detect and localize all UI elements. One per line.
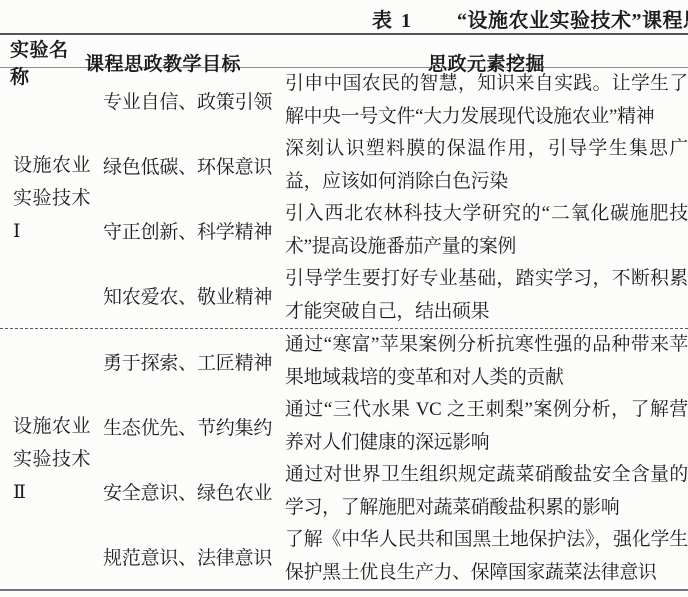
section-experiment-1: 设施农业 实验技术 Ⅰ 专业自信、政策引领 引申中国农民的智慧，知识来自实践。让… <box>0 68 688 329</box>
goal-cell: 绿色低碳、环保意识 <box>103 152 285 179</box>
experiment-name-line: Ⅱ <box>13 476 103 509</box>
header-experiment-name: 实验名称 <box>10 35 85 89</box>
table-bottom-rule <box>0 589 688 591</box>
table-number: 表 1 <box>372 4 413 33</box>
experiment-name-line: 设施农业 <box>13 149 103 182</box>
table-title: “设施农业实验技术”课程思 <box>457 4 688 33</box>
table-header-row: 实验名称 课程思政教学目标 思政元素挖掘 <box>0 35 688 68</box>
mining-cell: 引申中国农民的智慧，知识来自实践。让学生了解中央一号文件“大力发展现代设施农业”… <box>285 68 688 133</box>
section-experiment-2: 设施农业 实验技术 Ⅱ 勇于探索、工匠精神 通过“寒富”苹果案例分析抗寒性强的品… <box>0 329 688 589</box>
mining-cell: 了解《中华人民共和国黑土地保护法》，强化学生保护黑土优良生产力、保障国家蔬菜法律… <box>285 524 688 589</box>
experiment-name-line: 设施农业 <box>13 410 103 443</box>
goal-cell: 知农爱农、敬业精神 <box>103 282 285 309</box>
experiment-name-line: Ⅰ <box>13 215 103 248</box>
scanned-table-page: 表 1 “设施农业实验技术”课程思 实验名称 课程思政教学目标 思政元素挖掘 设… <box>0 0 688 597</box>
goal-cell: 生态优先、节约集约 <box>103 413 285 440</box>
goal-cell: 安全意识、绿色农业 <box>103 478 285 505</box>
experiment-name-1: 设施农业 实验技术 Ⅰ <box>13 149 103 248</box>
experiment-name-line: 实验技术 <box>13 443 103 476</box>
goal-cell: 规范意识、法律意识 <box>103 543 285 570</box>
mining-cell: 通过“寒富”苹果案例分析抗寒性强的品种带来苹果地域栽培的变革和对人类的贡献 <box>285 329 688 394</box>
table-caption: 表 1 “设施农业实验技术”课程思 <box>0 4 688 33</box>
mining-cell: 通过对世界卫生组织规定蔬菜硝酸盐安全含量的学习，了解施肥对蔬菜硝酸盐积累的影响 <box>285 459 688 524</box>
mining-cell: 引导学生要打好专业基础，踏实学习，不断积累才能突破自己，结出硕果 <box>285 263 688 328</box>
goal-cell: 勇于探索、工匠精神 <box>103 348 285 375</box>
header-teaching-goal: 课程思政教学目标 <box>85 49 285 76</box>
experiment-name-line: 实验技术 <box>13 182 103 215</box>
goal-cell: 守正创新、科学精神 <box>103 217 285 244</box>
mining-cell: 引入西北农林科技大学研究的“二氧化碳施肥技术”提高设施番茄产量的案例 <box>285 198 688 263</box>
mining-cell: 通过“三代水果 VC 之王刺梨”案例分析，了解营养对人们健康的深远影响 <box>285 394 688 459</box>
mining-cell: 深刻认识塑料膜的保温作用，引导学生集思广益，应该如何消除白色污染 <box>285 133 688 198</box>
goal-cell: 专业自信、政策引领 <box>103 87 285 114</box>
experiment-name-2: 设施农业 实验技术 Ⅱ <box>13 410 103 509</box>
